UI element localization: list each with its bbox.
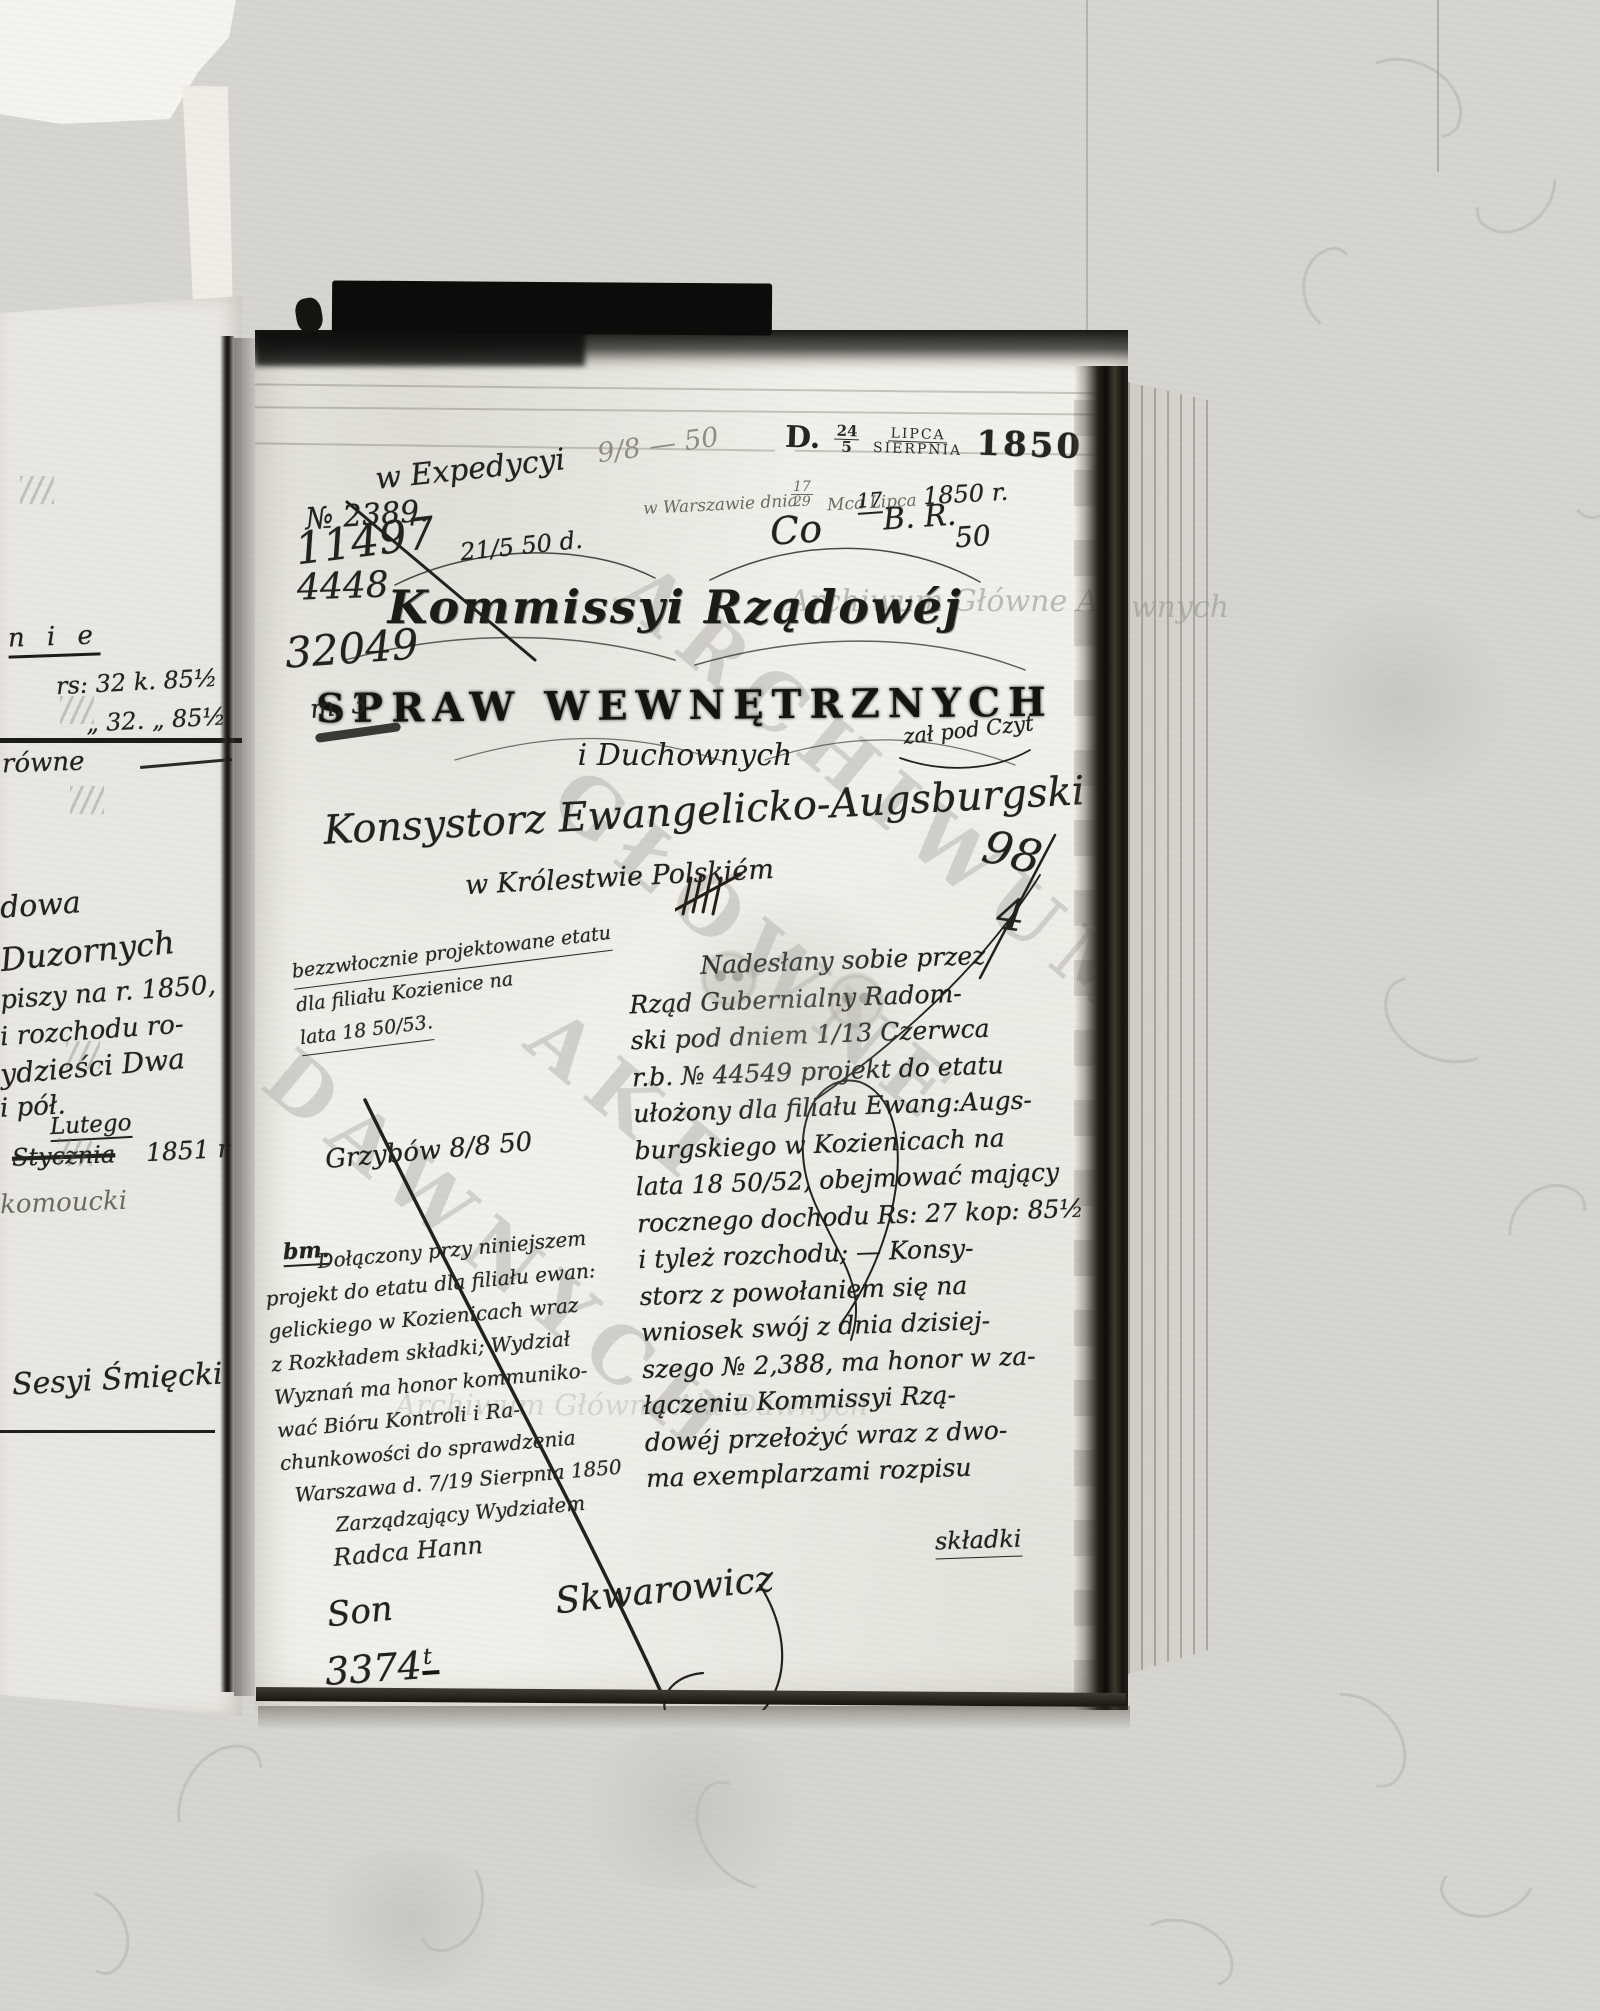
pencil-hatch-marks (66, 1041, 100, 1069)
gutter-dark-line (220, 336, 234, 1692)
crease-line (1437, 0, 1439, 172)
pencil-hatch-marks (58, 1138, 92, 1166)
flourish-dash (140, 758, 232, 769)
signature-underline (0, 1430, 215, 1433)
left-page-fragment: komoucki (0, 1186, 128, 1220)
damask-motif (158, 1728, 277, 1864)
left-page-fragment: dowa (0, 885, 82, 926)
damask-motif (1432, 1835, 1549, 1932)
damask-motif (46, 1876, 144, 1985)
page-bottom-shadow (258, 1706, 1130, 1730)
damask-motif (1462, 135, 1574, 251)
damask-motif (1123, 1907, 1242, 1998)
crease-line (1086, 0, 1088, 330)
damask-motif (1295, 243, 1370, 338)
left-page-fragment: Duzornych (0, 923, 176, 979)
left-page-fragment: Sesyi Śmięcki (11, 1357, 223, 1403)
damask-motif (1341, 42, 1476, 153)
main-page: ARCHIWUM GŁÓWNE AKT DAWNYCH Archiwum Głó… (255, 330, 1128, 1710)
archive-watermark-tail: wnych (1131, 590, 1229, 625)
left-page-fragment: n i e (7, 620, 100, 658)
ink-blot (293, 296, 325, 334)
damask-blob (300, 1850, 520, 1990)
left-page-fragment: piszy na r. 1850, (0, 971, 217, 1016)
pencil-hatch-marks (60, 696, 94, 724)
ledger-divider-line (0, 738, 250, 743)
left-page-fragment: rs: 32 k. 85½ (55, 664, 218, 700)
left-page-fragment: 1851 r (145, 1134, 230, 1167)
left-page: n i e rs: 32 k. 85½ „ 32. „ 85½ równe do… (0, 296, 242, 1716)
damask-motif (1289, 1672, 1427, 1805)
watermark-blob (635, 890, 935, 1150)
pencil-hatch-marks (20, 476, 54, 504)
binding-shadow (1074, 366, 1128, 1710)
damask-blob (1280, 600, 1520, 800)
scan-canvas: n i e rs: 32 k. 85½ „ 32. „ 85½ równe do… (0, 0, 1600, 2011)
pencil-hatch-marks (70, 786, 104, 814)
damask-blob (560, 1730, 820, 1890)
left-page-fragment: „ 32. „ 85½ (85, 702, 226, 737)
damask-motif (1491, 1167, 1600, 1279)
damask-motif (1549, 407, 1600, 524)
tape-blob (332, 280, 772, 335)
page-edge-stack (1128, 382, 1214, 1674)
left-page-fragment: równe (2, 747, 85, 780)
damask-motif (1370, 961, 1516, 1080)
